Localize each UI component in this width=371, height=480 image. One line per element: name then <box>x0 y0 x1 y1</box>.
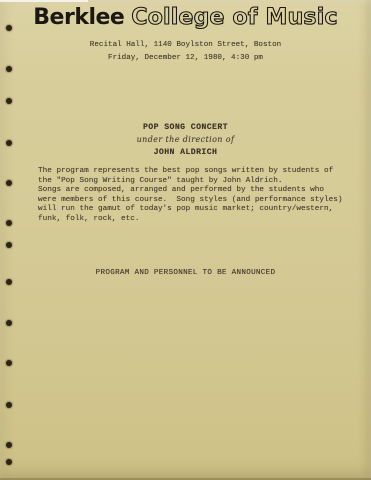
punch-hole <box>6 140 12 146</box>
logo-word-berklee: Berklee <box>33 5 124 30</box>
punch-hole <box>6 279 12 285</box>
punch-hole <box>6 242 12 248</box>
punch-hole <box>6 66 12 72</box>
announcement-line: PROGRAM AND PERSONNEL TO BE ANNOUNCED <box>0 269 371 277</box>
punch-hole <box>6 360 12 366</box>
berklee-wordmark: BerkleeCollege of Music <box>0 6 371 30</box>
punch-hole <box>6 25 12 31</box>
program-description: The program represents the best pop song… <box>38 167 348 224</box>
scan-edge-artifact <box>0 0 88 2</box>
punch-hole <box>6 320 12 326</box>
program-page: BerkleeCollege of Music Recital Hall, 11… <box>0 0 371 480</box>
concert-title: POP SONG CONCERT <box>0 123 371 132</box>
director-name: JOHN ALDRICH <box>0 148 371 157</box>
punch-hole <box>6 180 12 186</box>
punch-hole <box>6 402 12 408</box>
date-line: Friday, December 12, 1980, 4:30 pm <box>0 54 371 62</box>
punch-hole <box>6 442 12 448</box>
punch-hole <box>6 220 12 226</box>
logo-word-college-of-music: College of Music <box>131 5 337 30</box>
punch-hole <box>6 459 12 465</box>
punch-hole <box>6 98 12 104</box>
venue-line: Recital Hall, 1140 Boylston Street, Bost… <box>0 41 371 49</box>
direction-subtitle: under the direction of <box>0 135 371 144</box>
